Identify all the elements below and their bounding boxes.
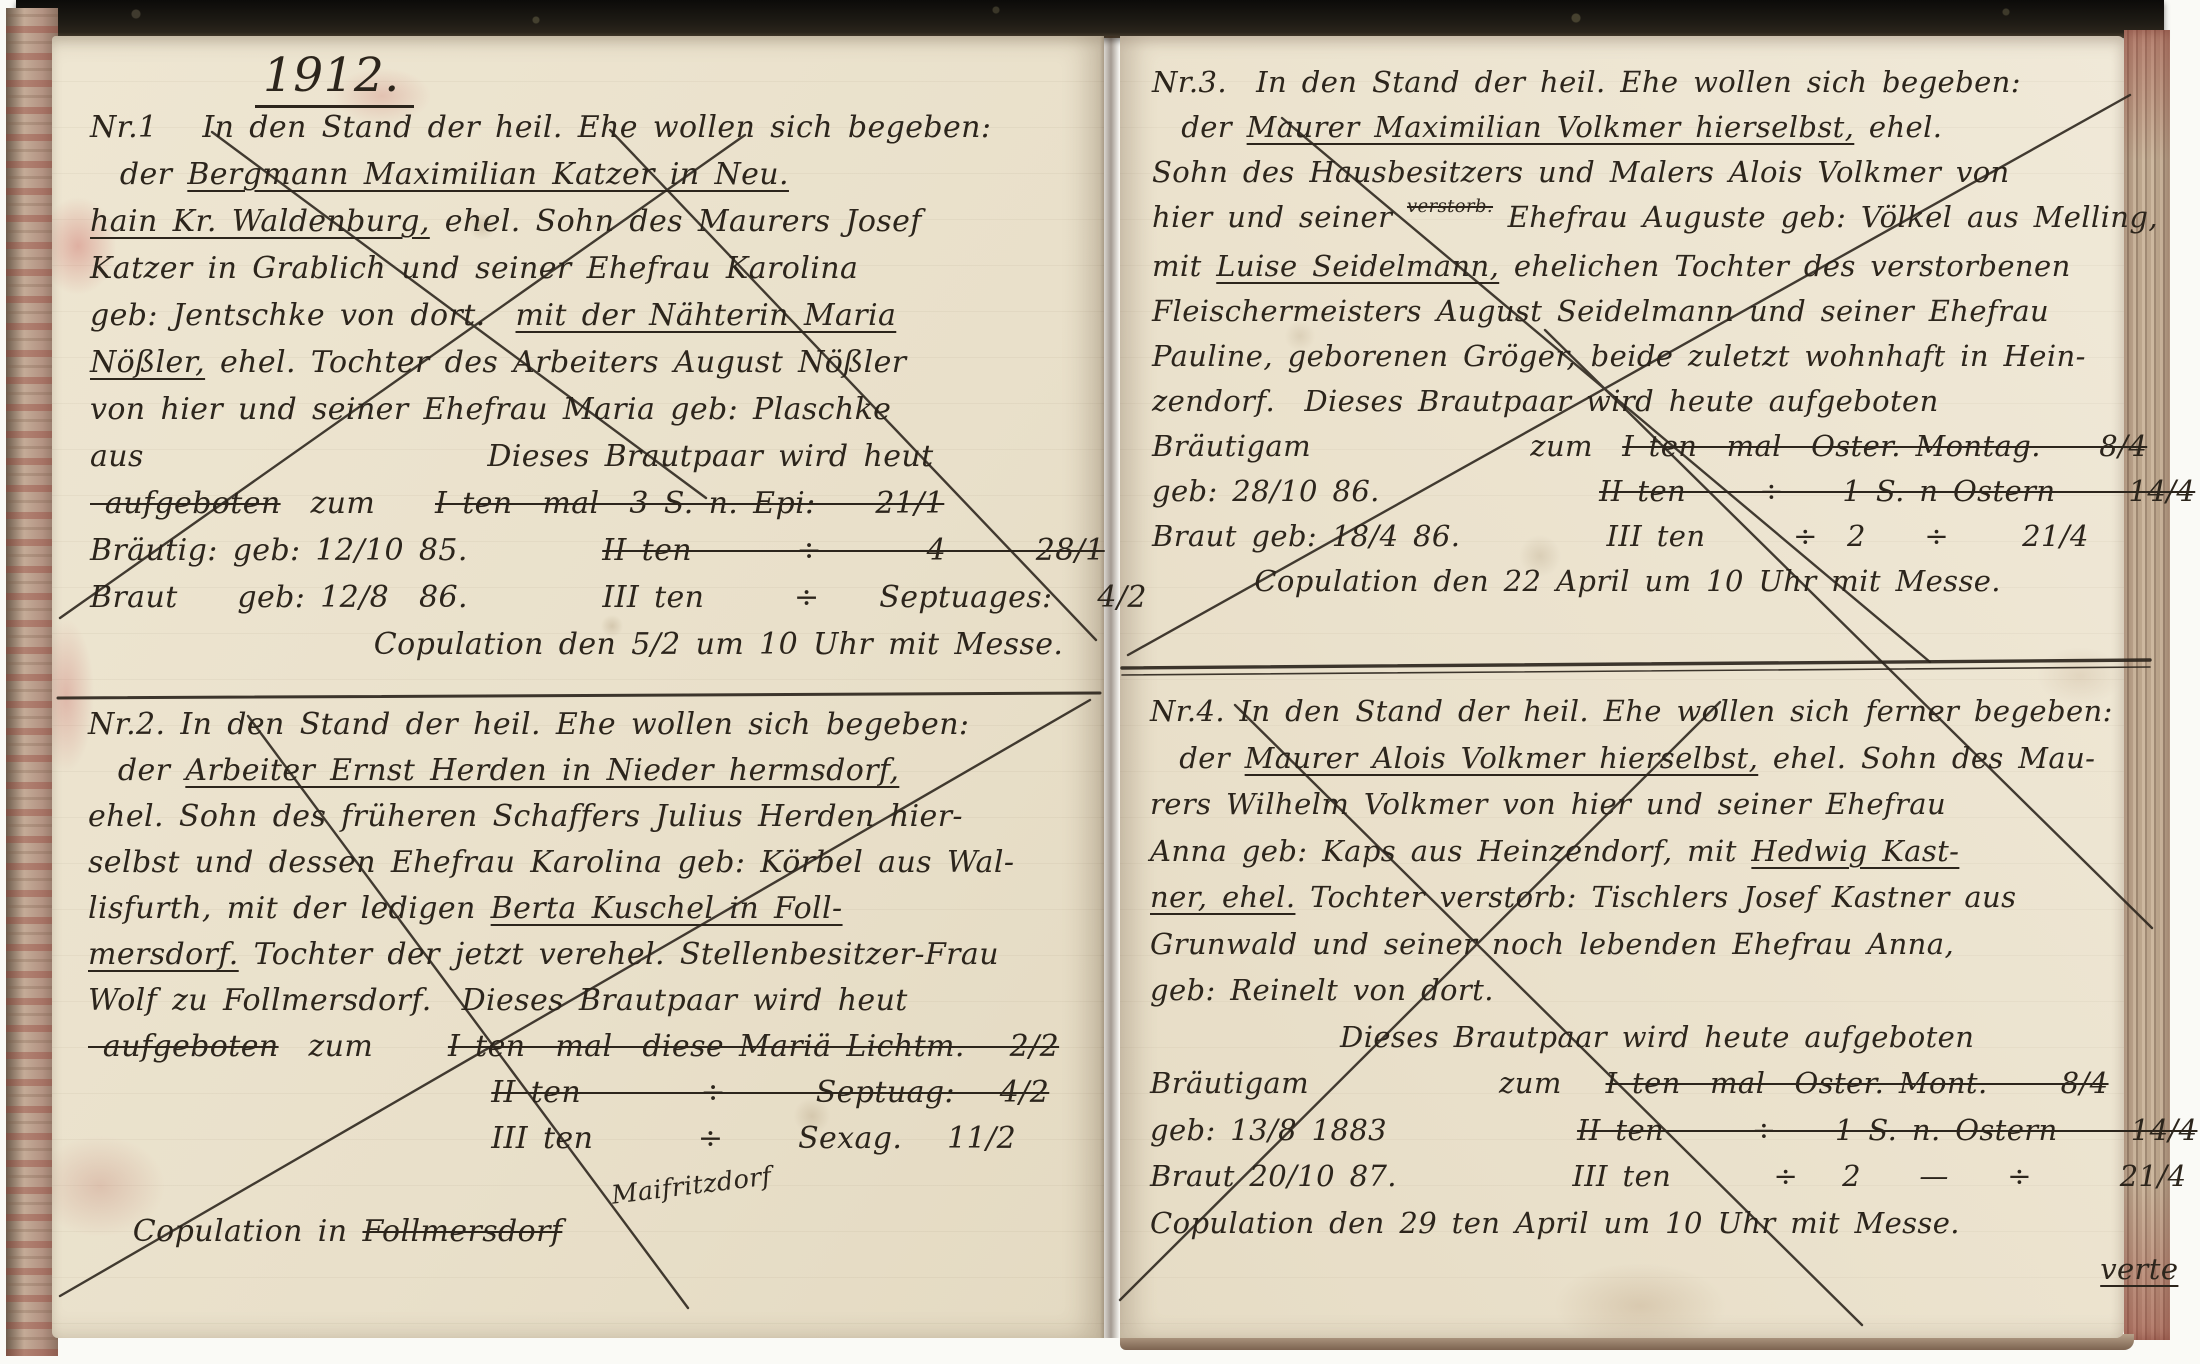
text-segment: hier und seiner — [1152, 200, 1407, 234]
text-segment: der — [1152, 110, 1247, 144]
handwritten-line: der Maurer Maximilian Volkmer hierselbst… — [1152, 105, 2195, 150]
handwritten-line: Nr.3. In den Stand der heil. Ehe wollen … — [1152, 60, 2195, 105]
text-segment: zum — [281, 486, 435, 521]
handwritten-line: mit Luise Seidelmann, ehelichen Tochter … — [1152, 244, 2195, 289]
text-segment: ehelichen Tochter des verstorbenen — [1499, 249, 2070, 283]
handwritten-line: Bräutig: geb: 12/10 85. II ten ÷ 4 28/1 — [90, 527, 1147, 574]
text-segment: ehel. — [1854, 110, 1942, 144]
handwritten-line: Copulation den 22 April um 10 Uhr mit Me… — [1152, 559, 2195, 604]
text-segment: geb: 28/10 86. — [1152, 474, 1599, 508]
text-segment: mit — [1152, 249, 1216, 283]
handwritten-line: Bräutigam zum I ten mal Oster. Montag. 8… — [1152, 424, 2195, 469]
handwritten-line: rers Wilhelm Volkmer von hier und seiner… — [1150, 781, 2197, 828]
handwritten-line: Sohn des Hausbesitzers und Malers Alois … — [1152, 150, 2195, 195]
underlined-text: Berta Kuschel in Foll- — [491, 891, 843, 926]
struck-text: II ten ÷ 4 28/1 — [602, 533, 1104, 568]
text-segment: Dieses Brautpaar wird heute aufgeboten — [1150, 1020, 1974, 1054]
text-segment — [88, 1167, 611, 1202]
handwritten-line: aufgeboten zum I ten mal 3 S. n. Epi: 21… — [90, 480, 1147, 527]
scanned-register-spread: 1912. Nr.1 In den Stand der heil. Ehe wo… — [0, 0, 2200, 1364]
text-segment: der — [90, 157, 187, 192]
text-segment: ehel. Sohn des Mau- — [1758, 741, 2095, 775]
handwritten-line: mersdorf. Tochter der jetzt verehel. Ste… — [88, 932, 1059, 978]
handwritten-line: geb: 28/10 86. II ten ÷ 1 S. n Ostern 14… — [1152, 469, 2195, 514]
struck-text: I ten mal diese Mariä Lichtm. 2/2 — [448, 1029, 1059, 1064]
handwritten-line: selbst und dessen Ehefrau Karolina geb: … — [88, 840, 1059, 886]
handwritten-line: Braut geb: 18/4 86. III ten ÷ 2 ÷ 21/4 — [1152, 514, 2195, 559]
handwritten-line: Fleischermeisters August Seidelmann und … — [1152, 289, 2195, 334]
text-segment: geb: 13/8 1883 — [1150, 1113, 1577, 1147]
handwritten-line: Nr.4. In den Stand der heil. Ehe wollen … — [1150, 688, 2197, 735]
handwritten-line: Grunwald und seiner noch lebenden Ehefra… — [1150, 921, 2197, 968]
handwritten-line: aus Dieses Brautpaar wird heut — [90, 433, 1147, 480]
handwritten-line: Bräutigam zum I ten mal Oster. Mont. 8/4 — [1150, 1060, 2197, 1107]
handwritten-line: III ten ÷ Sexag. 11/2 — [88, 1116, 1059, 1162]
handwritten-line: zendorf. Dieses Brautpaar wird heute auf… — [1152, 379, 2195, 424]
underlined-text: Nößler, — [90, 345, 205, 380]
struck-text: aufgeboten — [88, 1029, 279, 1064]
handwritten-line: lisfurth, mit der ledigen Berta Kuschel … — [88, 886, 1059, 932]
handwritten-line: Nößler, ehel. Tochter des Arbeiters Augu… — [90, 339, 1147, 386]
handwritten-line: ner, ehel. Tochter verstorb: Tischlers J… — [1150, 874, 2197, 921]
text-segment: Fleischermeisters August Seidelmann und … — [1152, 294, 2049, 328]
handwritten-line: Braut 20/10 87. III ten ÷ 2 — ÷ 21/4 — [1150, 1153, 2197, 1200]
handwritten-line: Braut geb: 12/8 86. III ten ÷ Septuages:… — [90, 574, 1147, 621]
underlined-text: Bergmann Maximilian Katzer in Neu. — [187, 157, 789, 192]
text-segment: Sohn des Hausbesitzers und Malers Alois … — [1152, 155, 2010, 189]
year-heading: 1912. — [255, 48, 414, 103]
text-segment: Katzer in Grablich und seiner Ehefrau Ka… — [90, 251, 858, 286]
text-segment: Grunwald und seiner noch lebenden Ehefra… — [1150, 927, 1954, 961]
text-segment: Copulation den 5/2 um 10 Uhr mit Messe. — [90, 627, 1063, 662]
text-segment: Bräutigam zum — [1152, 429, 1622, 463]
underlined-text: hain Kr. Waldenburg, — [90, 204, 430, 239]
inserted-text: Maifritzdorf — [609, 1153, 774, 1218]
text-segment: III ten ÷ Sexag. 11/2 — [88, 1121, 1016, 1156]
struck-text: II ten ÷ Septuag: 4/2 — [491, 1075, 1049, 1110]
entry-nr-3: Nr.3. In den Stand der heil. Ehe wollen … — [1152, 60, 2195, 604]
underlined-text: Hedwig Kast- — [1751, 834, 1959, 868]
text-segment: geb: Reinelt von dort. — [1150, 973, 1494, 1007]
text-segment — [88, 1075, 491, 1110]
underlined-text: Arbeiter Ernst Herden in Nieder hermsdor… — [185, 753, 899, 788]
handwritten-line: Copulation den 5/2 um 10 Uhr mit Messe. — [90, 621, 1147, 668]
handwritten-line: Dieses Brautpaar wird heute aufgeboten — [1150, 1014, 2197, 1061]
underlined-text: Maurer Alois Volkmer hierselbst, — [1245, 741, 1759, 775]
handwritten-line: Maifritzdorf — [88, 1162, 1059, 1209]
handwritten-line: Pauline, geborenen Gröger, beide zuletzt… — [1152, 334, 2195, 379]
text-segment: Tochter der jetzt verehel. Stellenbesitz… — [239, 937, 999, 972]
text-segment: Bräutigam zum — [1150, 1066, 1606, 1100]
text-segment: Copulation den 29 ten April um 10 Uhr mi… — [1150, 1206, 1960, 1240]
text-segment: Ehefrau Auguste geb: Völkel aus Melling, — [1493, 200, 2158, 234]
struck-text: verstorb. — [1407, 196, 1493, 217]
text-segment: aus Dieses Brautpaar wird heut — [90, 439, 934, 474]
handwritten-line: der Bergmann Maximilian Katzer in Neu. — [90, 151, 1147, 198]
text-segment: Copulation in — [88, 1214, 362, 1249]
text-segment: zum — [279, 1029, 448, 1064]
handwritten-line: Anna geb: Kaps aus Heinzendorf, mit Hedw… — [1150, 828, 2197, 875]
underlined-text: mersdorf. — [88, 937, 239, 972]
text-segment: Nr.2. In den Stand der heil. Ehe wollen … — [88, 707, 969, 742]
underlined-text: ner, ehel. — [1150, 880, 1295, 914]
text-segment: Nr.1 In den Stand der heil. Ehe wollen s… — [90, 110, 991, 145]
struck-text: II ten ÷ 1 S. n Ostern 14/4 — [1599, 474, 2195, 508]
text-segment: Nr.4. In den Stand der heil. Ehe wollen … — [1150, 694, 2113, 728]
text-segment: Braut geb: 18/4 86. III ten ÷ 2 ÷ 21/4 — [1152, 519, 2089, 553]
text-segment: rers Wilhelm Volkmer von hier und seiner… — [1150, 787, 1946, 821]
text-segment: lisfurth, mit der ledigen — [88, 891, 491, 926]
underlined-text: verte — [2100, 1252, 2178, 1286]
handwritten-line: der Maurer Alois Volkmer hierselbst, ehe… — [1150, 735, 2197, 782]
handwritten-line: geb: Reinelt von dort. — [1150, 967, 2197, 1014]
text-segment: der — [1150, 741, 1245, 775]
entry-nr-2: Nr.2. In den Stand der heil. Ehe wollen … — [88, 702, 1059, 1255]
handwritten-line: aufgeboten zum I ten mal diese Mariä Lic… — [88, 1024, 1059, 1070]
entry-nr-4: Nr.4. In den Stand der heil. Ehe wollen … — [1150, 688, 2197, 1293]
struck-text: II ten ÷ 1 S. n. Ostern 14/4 — [1577, 1113, 2197, 1147]
text-segment: Copulation den 22 April um 10 Uhr mit Me… — [1152, 564, 2001, 598]
underlined-text: Luise Seidelmann, — [1216, 249, 1499, 283]
handwritten-line: ehel. Sohn des früheren Schaffers Julius… — [88, 794, 1059, 840]
text-segment: Pauline, geborenen Gröger, beide zuletzt… — [1152, 339, 2086, 373]
handwritten-line: geb: 13/8 1883 II ten ÷ 1 S. n. Ostern 1… — [1150, 1107, 2197, 1154]
text-segment: Braut 20/10 87. III ten ÷ 2 — ÷ 21/4 — [1150, 1159, 2186, 1193]
struck-text: I ten mal 3 S. n. Epi: 21/1 — [435, 486, 944, 521]
book-spine-page-edges-left — [6, 8, 58, 1356]
text-segment: selbst und dessen Ehefrau Karolina geb: … — [88, 845, 1014, 880]
handwritten-line: Copulation den 29 ten April um 10 Uhr mi… — [1150, 1200, 2197, 1247]
text-segment: ehel. Sohn des früheren Schaffers Julius… — [88, 799, 963, 834]
handwritten-line: hain Kr. Waldenburg, ehel. Sohn des Maur… — [90, 198, 1147, 245]
handwritten-line: II ten ÷ Septuag: 4/2 — [88, 1070, 1059, 1116]
struck-text: I ten mal Oster. Montag. 8/4 — [1622, 429, 2147, 463]
text-segment: von hier und seiner Ehefrau Maria geb: P… — [90, 392, 891, 427]
year-heading-text: 1912. — [255, 48, 414, 108]
struck-text: I ten mal Oster. Mont. 8/4 — [1606, 1066, 2109, 1100]
handwritten-line: Katzer in Grablich und seiner Ehefrau Ka… — [90, 245, 1147, 292]
handwritten-line: Copulation in Follmersdorf — [88, 1209, 1059, 1255]
handwritten-line: Nr.1 In den Stand der heil. Ehe wollen s… — [90, 104, 1147, 151]
handwritten-line: verte — [1150, 1246, 2197, 1293]
text-segment — [1150, 1252, 2100, 1286]
text-segment: ehel. Tochter des Arbeiters August Nößle… — [205, 345, 906, 380]
text-segment: Anna geb: Kaps aus Heinzendorf, mit — [1150, 834, 1751, 868]
handwritten-line: Nr.2. In den Stand der heil. Ehe wollen … — [88, 702, 1059, 748]
underlined-text: Maurer Maximilian Volkmer hierselbst, — [1247, 110, 1855, 144]
book-cover-top-edge — [16, 0, 2164, 38]
text-segment: Tochter verstorb: Tischlers Josef Kastne… — [1295, 880, 2016, 914]
text-segment: geb: Jentschke von dort. — [90, 298, 516, 333]
underlined-text: mit der Nähterin Maria — [516, 298, 897, 333]
text-segment: Nr.3. In den Stand der heil. Ehe wollen … — [1152, 65, 2021, 99]
text-segment: der — [88, 753, 185, 788]
text-segment: zendorf. Dieses Brautpaar wird heute auf… — [1152, 384, 1939, 418]
handwritten-line: von hier und seiner Ehefrau Maria geb: P… — [90, 386, 1147, 433]
text-segment: Wolf zu Follmersdorf. Dieses Brautpaar w… — [88, 983, 908, 1018]
handwritten-line: hier und seiner verstorb. Ehefrau August… — [1152, 195, 2195, 244]
handwritten-line: Wolf zu Follmersdorf. Dieses Brautpaar w… — [88, 978, 1059, 1024]
text-segment: Braut geb: 12/8 86. III ten ÷ Septuages:… — [90, 580, 1147, 615]
struck-text: aufgeboten — [90, 486, 281, 521]
entry-nr-1: Nr.1 In den Stand der heil. Ehe wollen s… — [90, 104, 1147, 668]
text-segment: Bräutig: geb: 12/10 85. — [90, 533, 602, 568]
text-segment: ehel. Sohn des Maurers Josef — [430, 204, 922, 239]
handwritten-line: geb: Jentschke von dort. mit der Nähteri… — [90, 292, 1147, 339]
handwritten-line: der Arbeiter Ernst Herden in Nieder herm… — [88, 748, 1059, 794]
struck-text: Follmersdorf — [362, 1214, 562, 1249]
